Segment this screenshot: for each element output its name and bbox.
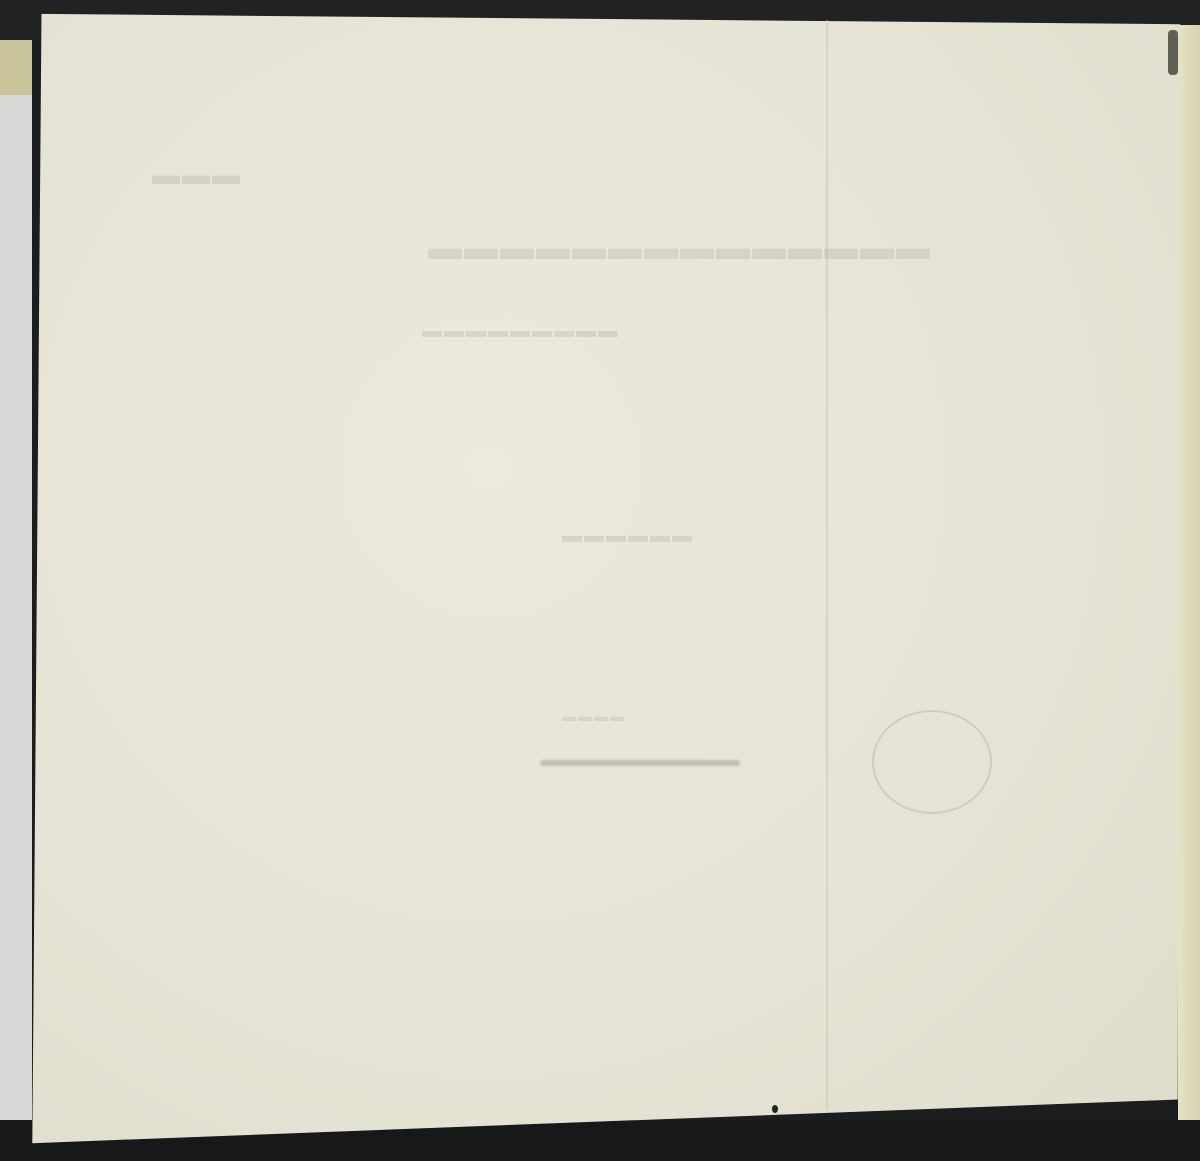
show-through-line: ▬▬▬▬: [560, 710, 624, 726]
show-through-line: ▬▬▬▬▬▬: [560, 525, 692, 548]
embossed-seal: [872, 710, 992, 814]
ink-smudge: [540, 760, 740, 766]
page-edge-right: [1178, 25, 1200, 1120]
show-through-line: ▬▬▬▬▬▬▬▬▬: [420, 320, 618, 343]
underlying-white-sheet: [0, 95, 32, 1161]
ink-stain: [1168, 30, 1178, 75]
underlying-yellow-sheet: [0, 40, 32, 95]
ink-dot: [772, 1105, 778, 1113]
fold-crease: [826, 20, 828, 1110]
show-through-title: ▬▬▬▬▬▬▬▬▬▬▬▬▬▬: [330, 230, 930, 268]
show-through-header-left: ▬▬▬: [150, 160, 240, 192]
